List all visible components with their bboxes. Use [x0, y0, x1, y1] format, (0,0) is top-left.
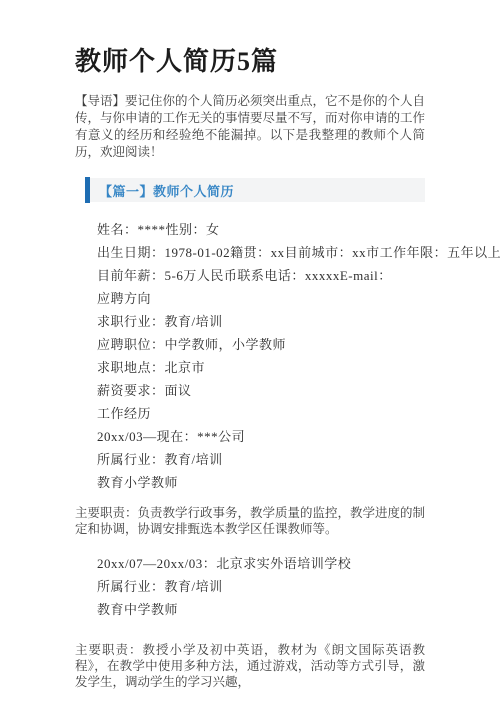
intro-paragraph: 【导语】要记住你的个人简历必须突出重点，它不是你的个人自传，与你申请的工作无关的…	[75, 93, 425, 161]
duty-paragraph-1: 主要职责：负责教学行政事务，教学质量的监控，教学进度的制定和协调，协调安排甄选本…	[75, 505, 425, 537]
section-heading-part1: 【篇一】教师个人简历	[85, 178, 425, 202]
resume-field-position: 应聘职位：中学教师，小学教师	[97, 333, 425, 356]
resume-field-job2-title: 教育中学教师	[97, 598, 425, 621]
resume-field-job1-period: 20xx/03—现在：***公司	[97, 425, 425, 448]
resume-field-experience: 工作经历	[97, 402, 425, 425]
resume-field-direction: 应聘方向	[97, 287, 425, 310]
resume-field-pay: 薪资要求：面议	[97, 379, 425, 402]
resume-field-job1-industry: 所属行业：教育/培训	[97, 448, 425, 471]
resume-field-list-2: 20xx/07—20xx/03：北京求实外语培训学校 所属行业：教育/培训 教育…	[97, 552, 425, 621]
document-title: 教师个人简历5篇	[75, 46, 425, 78]
resume-field-job2-period: 20xx/07—20xx/03：北京求实外语培训学校	[97, 552, 425, 575]
resume-field-salary: 目前年薪：5-6万人民币联系电话：xxxxxE-mail：	[97, 264, 425, 287]
resume-field-name: 姓名：****性别：女	[97, 218, 425, 241]
resume-field-location: 求职地点：北京市	[97, 356, 425, 379]
section-heading-label: 【篇一】教师个人简历	[85, 181, 234, 200]
duty-paragraph-2: 主要职责：教授小学及初中英语，教材为《朗文国际英语教程》，在教学中使用多种方法，…	[75, 642, 425, 690]
resume-field-job1-title: 教育小学教师	[97, 471, 425, 494]
resume-field-birth: 出生日期：1978-01-02籍贯：xx目前城市：xx市工作年限：五年以上	[97, 241, 425, 264]
resume-field-list: 姓名：****性别：女 出生日期：1978-01-02籍贯：xx目前城市：xx市…	[97, 218, 425, 494]
resume-field-industry: 求职行业：教育/培训	[97, 310, 425, 333]
document-page: 教师个人简历5篇 【导语】要记住你的个人简历必须突出重点，它不是你的个人自传，与…	[0, 0, 500, 708]
resume-field-job2-industry: 所属行业：教育/培训	[97, 575, 425, 598]
section-accent-bar	[85, 177, 90, 203]
